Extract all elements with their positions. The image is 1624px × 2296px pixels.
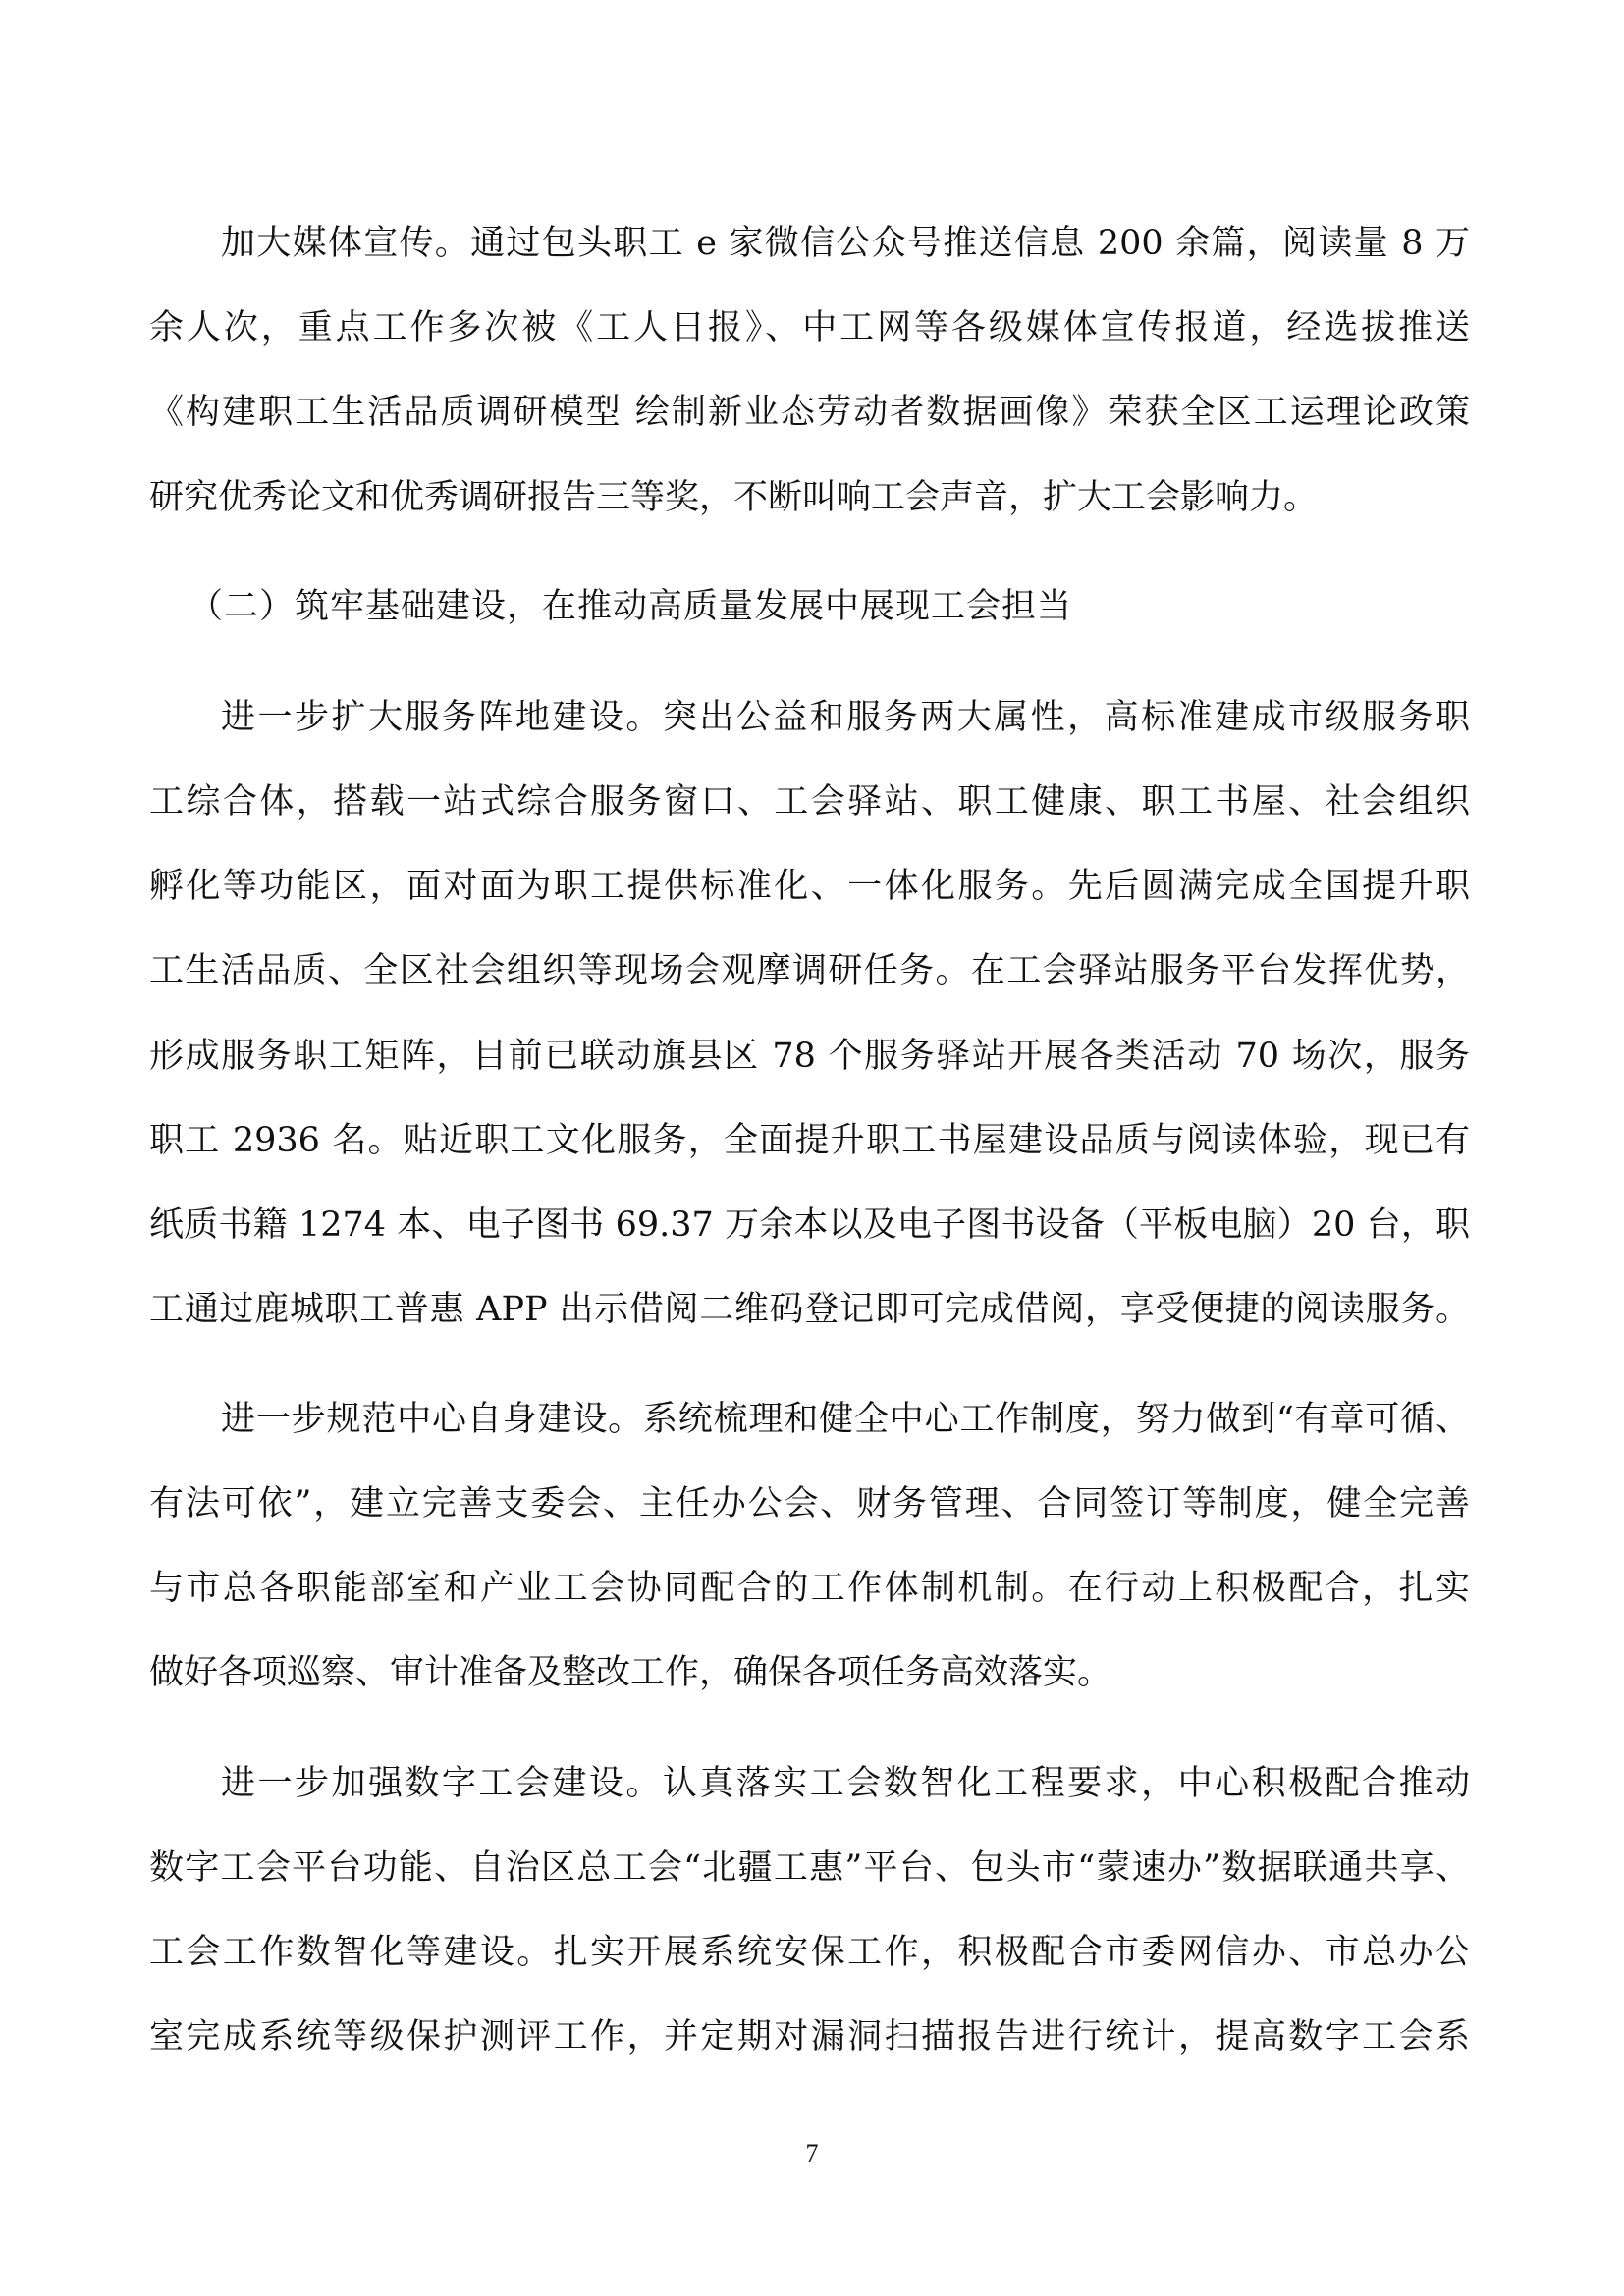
text-line: 有法可依”，建立完善支委会、主任办公会、财务管理、合同签订等制度，健全完善 [149, 1482, 1470, 1525]
text-line: 进一步规范中心自身建设。系统梳理和健全中心工作制度，努力做到“有章可循、 [221, 1398, 1470, 1441]
document-page: 加大媒体宣传。通过包头职工 e 家微信公众号推送信息 200 余篇，阅读量 8 … [0, 0, 1624, 2296]
text-line: 职工 2936 名。贴近职工文化服务，全面提升职工书屋建设品质与阅读体验，现已有 [149, 1119, 1470, 1162]
text-line: 加大媒体宣传。通过包头职工 e 家微信公众号推送信息 200 余篇，阅读量 8 … [221, 222, 1470, 265]
section-heading: （二）筑牢基础建设，在推动高质量发展中展现工会担当 [189, 585, 1170, 628]
text-line: 工综合体，搭载一站式综合服务窗口、工会驿站、职工健康、职工书屋、社会组织 [149, 780, 1470, 824]
text-line: 进一步扩大服务阵地建设。突出公益和服务两大属性，高标准建成市级服务职 [221, 696, 1470, 739]
text-line: 孵化等功能区，面对面为职工提供标准化、一体化服务。先后圆满完成全国提升职 [149, 865, 1470, 908]
text-line: 室完成系统等级保护测评工作，并定期对漏洞扫描报告进行统计，提高数字工会系 [149, 2015, 1470, 2058]
text-line: 与市总各职能部室和产业工会协同配合的工作体制机制。在行动上积极配合，扎实 [149, 1567, 1470, 1610]
text-line: 做好各项巡察、审计准备及整改工作，确保各项任务高效落实。 [149, 1651, 1470, 1694]
text-line: 纸质书籍 1274 本、电子图书 69.37 万余本以及电子图书设备（平板电脑）… [149, 1203, 1470, 1247]
text-line: 进一步加强数字工会建设。认真落实工会数智化工程要求，中心积极配合推动 [221, 1762, 1470, 1805]
text-line: 研究优秀论文和优秀调研报告三等奖，不断叫响工会声音，扩大工会影响力。 [149, 476, 1470, 519]
text-line: 工生活品质、全区社会组织等现场会观摩调研任务。在工会驿站服务平台发挥优势， [149, 949, 1470, 992]
text-line: 《构建职工生活品质调研模型 绘制新业态劳动者数据画像》荣获全区工运理论政策 [149, 391, 1470, 434]
text-line: 形成服务职工矩阵，目前已联动旗县区 78 个服务驿站开展各类活动 70 场次，服… [149, 1035, 1470, 1078]
text-line: 数字工会平台功能、自治区总工会“北疆工惠”平台、包头市“蒙速办”数据联通共享、 [149, 1846, 1470, 1890]
page-number: 7 [0, 2138, 1624, 2169]
text-line: 工通过鹿城职工普惠 APP 出示借阅二维码登记即可完成借阅，享受便捷的阅读服务。 [149, 1288, 1470, 1331]
text-line: 余人次，重点工作多次被《工人日报》、中工网等各级媒体宣传报道，经选拔推送 [149, 306, 1470, 349]
text-line: 工会工作数智化等建设。扎实开展系统安保工作，积极配合市委网信办、市总办公 [149, 1931, 1470, 1974]
